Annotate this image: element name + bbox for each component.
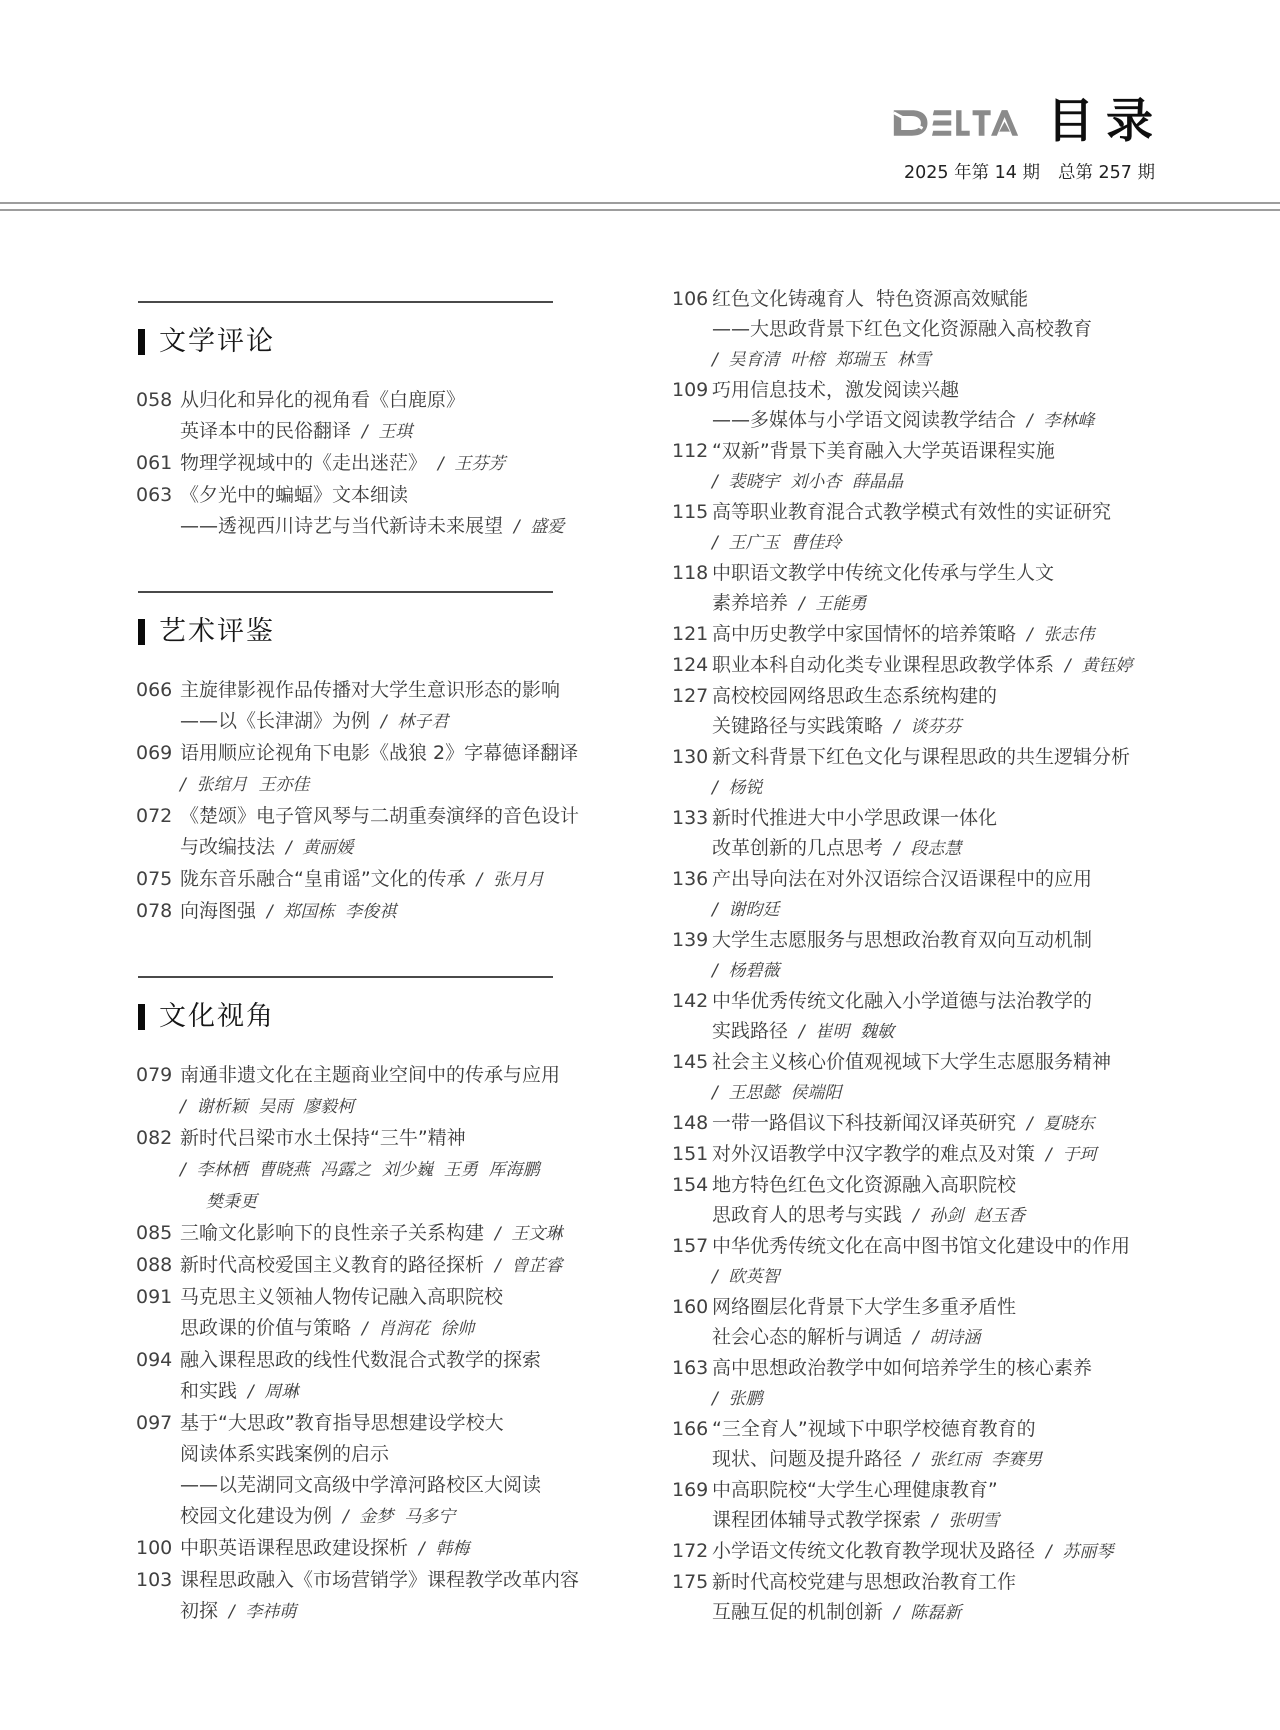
- entry-authors: / 曾芷睿: [484, 1256, 562, 1276]
- toc-entry: 169中高职院校“大学生心理健康教育”课程团体辅导式教学探索 / 张明雪: [672, 1475, 1212, 1536]
- entry-page-number: 127: [672, 681, 712, 711]
- toc-entry: 145社会主义核心价值观视域下大学生志愿服务精神/ 王思懿 侯端阳: [672, 1047, 1212, 1108]
- entry-page-number: 115: [672, 497, 712, 527]
- entry-line-first: 148一带一路倡议下科技新闻汉译英研究 / 夏晓东: [672, 1108, 1212, 1139]
- entry-line: ——以《长津湖》为例 / 林子君: [136, 706, 606, 738]
- entry-title-text: 产出导向法在对外汉语综合汉语课程中的应用: [712, 868, 1092, 890]
- entry-title-text: 高校校园网络思政生态系统构建的: [712, 685, 997, 707]
- entry-line: / 谢析颖 吴雨 廖毅柯: [136, 1091, 606, 1123]
- entry-page-number: 100: [136, 1533, 180, 1564]
- entry-authors: / 李祎萌: [218, 1602, 296, 1622]
- entry-title-text: 语用顺应论视角下电影《战狼 2》字幕德译翻译: [180, 742, 578, 764]
- entry-authors: / 周琳: [237, 1382, 298, 1402]
- right-column: 106红色文化铸魂育人 特色资源高效赋能——大思政背景下红色文化资源融入高校教育…: [672, 284, 1212, 1628]
- entry-title-text: 新文科背景下红色文化与课程思政的共生逻辑分析: [712, 746, 1130, 768]
- entry-page-number: 078: [136, 896, 180, 927]
- entry-page-number: 112: [672, 436, 712, 466]
- entry-line-first: 069语用顺应论视角下电影《战狼 2》字幕德译翻译: [136, 738, 606, 769]
- entry-authors: / 杨锐: [712, 778, 763, 798]
- entry-title-text: 新时代高校党建与思想政治教育工作: [712, 1571, 1016, 1593]
- entry-title-text: 社会心态的解析与调适: [712, 1326, 902, 1348]
- entry-line: 素养培养 / 王能勇: [672, 588, 1212, 619]
- entry-line: ——透视西川诗艺与当代新诗未来展望 / 盛爱: [136, 511, 606, 543]
- entry-authors: / 李林栖 曹晓燕 冯露之 刘少巍 王勇 厍海鹏: [180, 1160, 540, 1180]
- toc-section: 文学评论058从归化和异化的视角看《白鹿原》英译本中的民俗翻译 / 王琪061物…: [136, 301, 606, 543]
- toc-entry: 066主旋律影视作品传播对大学生意识形态的影响——以《长津湖》为例 / 林子君: [136, 675, 606, 738]
- entry-line: / 裴晓宇 刘小杏 薛晶晶: [672, 466, 1212, 497]
- entry-line: / 张绾月 王亦佳: [136, 769, 606, 801]
- entry-line-first: 072《楚颂》电子管风琴与二胡重奏演绎的音色设计: [136, 801, 606, 832]
- entry-title-text: 现状、问题及提升路径: [712, 1448, 902, 1470]
- entry-authors: 樊秉更: [206, 1192, 257, 1212]
- entry-line: 英译本中的民俗翻译 / 王琪: [136, 416, 606, 448]
- entry-line-first: 169中高职院校“大学生心理健康教育”: [672, 1475, 1212, 1505]
- entry-page-number: 124: [672, 650, 712, 680]
- entry-title-text: 关键路径与实践策略: [712, 715, 883, 737]
- entry-authors: / 欧英智: [712, 1267, 780, 1287]
- entry-authors: / 张鹏: [712, 1389, 763, 1409]
- toc-page: 目录 2025 年第 14 期总第 257 期 文学评论058从归化和异化的视角…: [0, 0, 1280, 1730]
- entry-title-text: 红色文化铸魂育人 特色资源高效赋能: [712, 288, 1028, 310]
- entry-title-text: ——大思政背景下红色文化资源融入高校教育: [712, 318, 1092, 340]
- toc-entry: 127高校校园网络思政生态系统构建的关键路径与实践策略 / 谈芬芬: [672, 681, 1212, 742]
- entry-page-number: 075: [136, 864, 180, 895]
- toc-entry: 160网络圈层化背景下大学生多重矛盾性社会心态的解析与调适 / 胡诗涵: [672, 1292, 1212, 1353]
- issue-number: 2025 年第 14 期: [904, 163, 1040, 183]
- entry-title-text: 小学语文传统文化教育教学现状及路径: [712, 1540, 1035, 1562]
- entry-line: / 张鹏: [672, 1383, 1212, 1414]
- entry-title-text: 网络圈层化背景下大学生多重矛盾性: [712, 1296, 1016, 1318]
- toc-entry: 063《夕光中的蝙蝠》文本细读——透视西川诗艺与当代新诗未来展望 / 盛爱: [136, 480, 606, 543]
- entry-title-text: 新时代吕梁市水土保持“三牛”精神: [180, 1127, 466, 1149]
- entry-page-number: 145: [672, 1047, 712, 1077]
- entry-title-text: 《楚颂》电子管风琴与二胡重奏演绎的音色设计: [180, 805, 579, 827]
- entry-line: ——多媒体与小学语文阅读教学结合 / 李林峰: [672, 405, 1212, 436]
- entry-title-text: 向海图强: [180, 900, 256, 922]
- section-marker-bar: [138, 619, 145, 645]
- entry-authors: / 张红雨 李赛男: [902, 1450, 1042, 1470]
- entry-line: 和实践 / 周琳: [136, 1376, 606, 1408]
- entry-title-text: 对外汉语教学中汉字教学的难点及对策: [712, 1143, 1035, 1165]
- entry-line: 实践路径 / 崔明 魏敏: [672, 1016, 1212, 1047]
- entry-line-first: 118中职语文教学中传统文化传承与学生人文: [672, 558, 1212, 588]
- entry-title-text: 大学生志愿服务与思想政治教育双向互动机制: [712, 929, 1092, 951]
- entry-line-first: 172小学语文传统文化教育教学现状及路径 / 苏丽琴: [672, 1536, 1212, 1567]
- entry-authors: / 张志伟: [1016, 625, 1094, 645]
- toc-entry: 058从归化和异化的视角看《白鹿原》英译本中的民俗翻译 / 王琪: [136, 385, 606, 448]
- entry-line: 改革创新的几点思考 / 段志慧: [672, 833, 1212, 864]
- entry-title-text: 职业本科自动化类专业课程思政教学体系: [712, 654, 1054, 676]
- entry-authors: / 金梦 马多宁: [332, 1507, 455, 1527]
- toc-entry: 100中职英语课程思政建设探析 / 韩梅: [136, 1533, 606, 1565]
- toc-entry: 085三喻文化影响下的良性亲子关系构建 / 王文琳: [136, 1218, 606, 1250]
- toc-entry: 166“三全育人”视域下中职学校德育教育的现状、问题及提升路径 / 张红雨 李赛…: [672, 1414, 1212, 1475]
- entry-title-text: 课程团体辅导式教学探索: [712, 1509, 921, 1531]
- entry-title-text: 《夕光中的蝙蝠》文本细读: [180, 484, 408, 506]
- entry-title-text: 陇东音乐融合“皇甫谣”文化的传承: [180, 868, 466, 890]
- entry-line-first: 078向海图强 / 郑国栋 李俊祺: [136, 896, 606, 928]
- entry-title-text: 初探: [180, 1600, 218, 1622]
- entry-line-first: 088新时代高校爱国主义教育的路径探析 / 曾芷睿: [136, 1250, 606, 1282]
- section-marker-bar: [138, 329, 145, 355]
- entry-line: 阅读体系实践案例的启示: [136, 1439, 606, 1470]
- entry-authors: / 谈芬芬: [883, 717, 961, 737]
- entry-authors: / 裴晓宇 刘小杏 薛晶晶: [712, 472, 903, 492]
- entry-authors: / 崔明 魏敏: [788, 1022, 894, 1042]
- entry-title-text: 南通非遗文化在主题商业空间中的传承与应用: [180, 1064, 560, 1086]
- entry-line-first: 160网络圈层化背景下大学生多重矛盾性: [672, 1292, 1212, 1322]
- section-marker-bar: [138, 1004, 145, 1030]
- entry-title-text: ——透视西川诗艺与当代新诗未来展望: [180, 515, 503, 537]
- entry-title-text: 和实践: [180, 1380, 237, 1402]
- entry-authors: / 郑国栋 李俊祺: [256, 902, 396, 922]
- entry-authors: / 王思懿 侯端阳: [712, 1083, 841, 1103]
- entry-authors: / 张月月: [466, 870, 544, 890]
- entry-line-first: 127高校校园网络思政生态系统构建的: [672, 681, 1212, 711]
- entry-authors: / 吴育清 叶榕 郑瑞玉 林雪: [712, 350, 931, 370]
- toc-entry: 118中职语文教学中传统文化传承与学生人文素养培养 / 王能勇: [672, 558, 1212, 619]
- entry-authors: / 陈磊新: [883, 1603, 961, 1623]
- entry-title-text: 地方特色红色文化资源融入高职院校: [712, 1174, 1016, 1196]
- entry-line: / 王思懿 侯端阳: [672, 1077, 1212, 1108]
- toc-entry: 121高中历史教学中家国情怀的培养策略 / 张志伟: [672, 619, 1212, 650]
- entry-line: / 欧英智: [672, 1261, 1212, 1292]
- section-title: 文化视角: [159, 1002, 275, 1032]
- entry-line-first: 109巧用信息技术，激发阅读兴趣: [672, 375, 1212, 405]
- entry-line-first: 112“双新”背景下美育融入大学英语课程实施: [672, 436, 1212, 466]
- toc-entry: 172小学语文传统文化教育教学现状及路径 / 苏丽琴: [672, 1536, 1212, 1567]
- brand-block: 目录: [893, 98, 1153, 145]
- entry-line: 课程团体辅导式教学探索 / 张明雪: [672, 1505, 1212, 1536]
- entry-line-first: 103课程思政融入《市场营销学》课程教学改革内容: [136, 1565, 606, 1596]
- entry-authors: / 林子君: [370, 712, 448, 732]
- entry-authors: / 王广玉 曹佳玲: [712, 533, 841, 553]
- entry-title-text: 实践路径: [712, 1020, 788, 1042]
- section-title: 文学评论: [159, 327, 275, 357]
- entry-page-number: 072: [136, 801, 180, 832]
- entry-page-number: 063: [136, 480, 180, 511]
- entry-page-number: 133: [672, 803, 712, 833]
- entry-title-text: “三全育人”视域下中职学校德育教育的: [712, 1418, 1036, 1440]
- entry-page-number: 139: [672, 925, 712, 955]
- entry-line: 初探 / 李祎萌: [136, 1596, 606, 1628]
- entry-page-number: 169: [672, 1475, 712, 1505]
- entry-line: / 杨锐: [672, 772, 1212, 803]
- entry-page-number: 082: [136, 1123, 180, 1154]
- entry-line-first: 106红色文化铸魂育人 特色资源高效赋能: [672, 284, 1212, 314]
- entry-title-text: 中高职院校“大学生心理健康教育”: [712, 1479, 998, 1501]
- entry-page-number: 094: [136, 1345, 180, 1376]
- entry-line: 樊秉更: [136, 1186, 606, 1218]
- entry-title-text: 互融互促的机制创新: [712, 1601, 883, 1623]
- entry-line: 思政课的价值与策略 / 肖润花 徐帅: [136, 1313, 606, 1345]
- entry-line-first: 175新时代高校党建与思想政治教育工作: [672, 1567, 1212, 1597]
- section-header: 艺术评鉴: [138, 617, 606, 647]
- entry-authors: / 王芬芳: [427, 454, 505, 474]
- entry-title-text: 中华优秀传统文化融入小学道德与法治教学的: [712, 990, 1092, 1012]
- entry-authors: / 肖润花 徐帅: [351, 1319, 474, 1339]
- entry-page-number: 091: [136, 1282, 180, 1313]
- entry-page-number: 160: [672, 1292, 712, 1322]
- entry-title-text: 改革创新的几点思考: [712, 837, 883, 859]
- toc-entry: 175新时代高校党建与思想政治教育工作互融互促的机制创新 / 陈磊新: [672, 1567, 1212, 1628]
- entry-authors: / 韩梅: [408, 1539, 469, 1559]
- entry-page-number: 157: [672, 1231, 712, 1261]
- entry-authors: / 苏丽琴: [1035, 1542, 1113, 1562]
- entry-title-text: 巧用信息技术，激发阅读兴趣: [712, 379, 959, 401]
- toc-entry: 072《楚颂》电子管风琴与二胡重奏演绎的音色设计与改编技法 / 黄丽媛: [136, 801, 606, 864]
- header-rule: [0, 202, 1280, 211]
- entry-title-text: ——以《长津湖》为例: [180, 710, 370, 732]
- entry-title-text: 高中历史教学中家国情怀的培养策略: [712, 623, 1016, 645]
- toc-entry: 142中华优秀传统文化融入小学道德与法治教学的实践路径 / 崔明 魏敏: [672, 986, 1212, 1047]
- entry-line-first: 145社会主义核心价值观视域下大学生志愿服务精神: [672, 1047, 1212, 1077]
- entry-page-number: 066: [136, 675, 180, 706]
- entry-authors: / 孙剑 赵玉香: [902, 1206, 1025, 1226]
- toc-entry: 112“双新”背景下美育融入大学英语课程实施/ 裴晓宇 刘小杏 薛晶晶: [672, 436, 1212, 497]
- toc-section: 文化视角079南通非遗文化在主题商业空间中的传承与应用/ 谢析颖 吴雨 廖毅柯0…: [136, 976, 606, 1628]
- entry-line: / 李林栖 曹晓燕 冯露之 刘少巍 王勇 厍海鹏: [136, 1154, 606, 1186]
- entry-line: / 谢昀廷: [672, 894, 1212, 925]
- entry-page-number: 166: [672, 1414, 712, 1444]
- entry-line-first: 079南通非遗文化在主题商业空间中的传承与应用: [136, 1060, 606, 1091]
- entry-page-number: 103: [136, 1565, 180, 1596]
- entry-title-text: 中职语文教学中传统文化传承与学生人文: [712, 562, 1054, 584]
- toc-entry: 069语用顺应论视角下电影《战狼 2》字幕德译翻译/ 张绾月 王亦佳: [136, 738, 606, 801]
- entry-line-first: 094融入课程思政的线性代数混合式教学的探索: [136, 1345, 606, 1376]
- entry-line-first: 142中华优秀传统文化融入小学道德与法治教学的: [672, 986, 1212, 1016]
- entry-authors: / 于珂: [1035, 1145, 1096, 1165]
- entry-line: ——大思政背景下红色文化资源融入高校教育: [672, 314, 1212, 344]
- entry-page-number: 106: [672, 284, 712, 314]
- toc-entry: 130新文科背景下红色文化与课程思政的共生逻辑分析/ 杨锐: [672, 742, 1212, 803]
- entry-line-first: 139大学生志愿服务与思想政治教育双向互动机制: [672, 925, 1212, 955]
- entry-title-text: 思政育人的思考与实践: [712, 1204, 902, 1226]
- toc-entry: 163高中思想政治教学中如何培养学生的核心素养/ 张鹏: [672, 1353, 1212, 1414]
- toc-entry: 136产出导向法在对外汉语综合汉语课程中的应用/ 谢昀廷: [672, 864, 1212, 925]
- entry-authors: / 段志慧: [883, 839, 961, 859]
- entry-authors: / 谢昀廷: [712, 900, 780, 920]
- entry-line: ——以芜湖同文高级中学漳河路校区大阅读: [136, 1470, 606, 1501]
- entry-page-number: 088: [136, 1250, 180, 1281]
- entry-title-text: 与改编技法: [180, 836, 275, 858]
- entry-title-text: 中职英语课程思政建设探析: [180, 1537, 408, 1559]
- toc-entry: 109巧用信息技术，激发阅读兴趣——多媒体与小学语文阅读教学结合 / 李林峰: [672, 375, 1212, 436]
- entry-page-number: 058: [136, 385, 180, 416]
- entry-line-first: 151对外汉语教学中汉字教学的难点及对策 / 于珂: [672, 1139, 1212, 1170]
- toc-entry: 115高等职业教育混合式教学模式有效性的实证研究/ 王广玉 曹佳玲: [672, 497, 1212, 558]
- toc-entry: 148一带一路倡议下科技新闻汉译英研究 / 夏晓东: [672, 1108, 1212, 1139]
- entry-title-text: 中华优秀传统文化在高中图书馆文化建设中的作用: [712, 1235, 1130, 1257]
- page-title: 目录: [1047, 98, 1165, 145]
- entry-line-first: 124职业本科自动化类专业课程思政教学体系 / 黄钰婷: [672, 650, 1212, 681]
- entry-authors: / 盛爱: [503, 517, 564, 537]
- entry-title-text: 新时代推进大中小学思政课一体化: [712, 807, 997, 829]
- entry-title-text: 三喻文化影响下的良性亲子关系构建: [180, 1222, 484, 1244]
- entry-title-text: 高等职业教育混合式教学模式有效性的实证研究: [712, 501, 1111, 523]
- toc-entry: 088新时代高校爱国主义教育的路径探析 / 曾芷睿: [136, 1250, 606, 1282]
- entry-title-text: 物理学视域中的《走出迷茫》: [180, 452, 427, 474]
- section-title: 艺术评鉴: [159, 617, 275, 647]
- entry-line-first: 061物理学视域中的《走出迷茫》 / 王芬芳: [136, 448, 606, 480]
- entry-line-first: 166“三全育人”视域下中职学校德育教育的: [672, 1414, 1212, 1444]
- entry-page-number: 079: [136, 1060, 180, 1091]
- toc-entry: 097基于“大思政”教育指导思想建设学校大阅读体系实践案例的启示——以芜湖同文高…: [136, 1408, 606, 1533]
- entry-authors: / 黄钰婷: [1054, 656, 1132, 676]
- entry-page-number: 061: [136, 448, 180, 479]
- entry-page-number: 069: [136, 738, 180, 769]
- entry-line-first: 157中华优秀传统文化在高中图书馆文化建设中的作用: [672, 1231, 1212, 1261]
- entry-page-number: 151: [672, 1139, 712, 1169]
- entry-page-number: 130: [672, 742, 712, 772]
- entry-line-first: 058从归化和异化的视角看《白鹿原》: [136, 385, 606, 416]
- entry-authors: / 张明雪: [921, 1511, 999, 1531]
- entry-title-text: 基于“大思政”教育指导思想建设学校大: [180, 1412, 504, 1434]
- toc-entry: 124职业本科自动化类专业课程思政教学体系 / 黄钰婷: [672, 650, 1212, 681]
- toc-entry: 075陇东音乐融合“皇甫谣”文化的传承 / 张月月: [136, 864, 606, 896]
- entry-line-first: 154地方特色红色文化资源融入高职院校: [672, 1170, 1212, 1200]
- toc-entry: 094融入课程思政的线性代数混合式教学的探索和实践 / 周琳: [136, 1345, 606, 1408]
- toc-entry: 078向海图强 / 郑国栋 李俊祺: [136, 896, 606, 928]
- entry-line-first: 100中职英语课程思政建设探析 / 韩梅: [136, 1533, 606, 1565]
- section-header: 文学评论: [138, 327, 606, 357]
- toc-entry: 079南通非遗文化在主题商业空间中的传承与应用/ 谢析颖 吴雨 廖毅柯: [136, 1060, 606, 1123]
- entry-authors: / 王琪: [351, 422, 412, 442]
- entry-authors: / 王文琳: [484, 1224, 562, 1244]
- entry-authors: / 李林峰: [1016, 411, 1094, 431]
- entry-page-number: 172: [672, 1536, 712, 1566]
- entry-line: / 杨碧薇: [672, 955, 1212, 986]
- entry-title-text: 马克思主义领袖人物传记融入高职院校: [180, 1286, 503, 1308]
- toc-entry: 061物理学视域中的《走出迷茫》 / 王芬芳: [136, 448, 606, 480]
- section-divider: [138, 976, 553, 978]
- entry-line-first: 085三喻文化影响下的良性亲子关系构建 / 王文琳: [136, 1218, 606, 1250]
- entry-line: 互融互促的机制创新 / 陈磊新: [672, 1597, 1212, 1628]
- entry-line-first: 082新时代吕梁市水土保持“三牛”精神: [136, 1123, 606, 1154]
- entry-authors: / 黄丽媛: [275, 838, 353, 858]
- entry-authors: / 夏晓东: [1016, 1114, 1094, 1134]
- entry-line: 社会心态的解析与调适 / 胡诗涵: [672, 1322, 1212, 1353]
- entry-title-text: 一带一路倡议下科技新闻汉译英研究: [712, 1112, 1016, 1134]
- entry-title-text: ——以芜湖同文高级中学漳河路校区大阅读: [180, 1474, 541, 1496]
- entry-line: 与改编技法 / 黄丽媛: [136, 832, 606, 864]
- entry-page-number: 097: [136, 1408, 180, 1439]
- section-divider: [138, 301, 553, 303]
- entry-page-number: 148: [672, 1108, 712, 1138]
- toc-entry: 133新时代推进大中小学思政课一体化改革创新的几点思考 / 段志慧: [672, 803, 1212, 864]
- entry-line-first: 063《夕光中的蝙蝠》文本细读: [136, 480, 606, 511]
- delta-logo: [893, 104, 1021, 142]
- left-column: 文学评论058从归化和异化的视角看《白鹿原》英译本中的民俗翻译 / 王琪061物…: [136, 301, 606, 1676]
- toc-entry: 091马克思主义领袖人物传记融入高职院校思政课的价值与策略 / 肖润花 徐帅: [136, 1282, 606, 1345]
- entry-title-text: 融入课程思政的线性代数混合式教学的探索: [180, 1349, 541, 1371]
- entry-line-first: 115高等职业教育混合式教学模式有效性的实证研究: [672, 497, 1212, 527]
- entry-title-text: 主旋律影视作品传播对大学生意识形态的影响: [180, 679, 560, 701]
- entry-title-text: 社会主义核心价值观视域下大学生志愿服务精神: [712, 1051, 1111, 1073]
- entry-title-text: ——多媒体与小学语文阅读教学结合: [712, 409, 1016, 431]
- entry-page-number: 136: [672, 864, 712, 894]
- entry-line: 现状、问题及提升路径 / 张红雨 李赛男: [672, 1444, 1212, 1475]
- entry-authors: / 谢析颖 吴雨 廖毅柯: [180, 1097, 354, 1117]
- entry-page-number: 154: [672, 1170, 712, 1200]
- entry-page-number: 109: [672, 375, 712, 405]
- entry-authors: / 张绾月 王亦佳: [180, 775, 309, 795]
- toc-entry: 154地方特色红色文化资源融入高职院校思政育人的思考与实践 / 孙剑 赵玉香: [672, 1170, 1212, 1231]
- entry-title-text: 高中思想政治教学中如何培养学生的核心素养: [712, 1357, 1092, 1379]
- entry-title-text: 英译本中的民俗翻译: [180, 420, 351, 442]
- entry-line: 思政育人的思考与实践 / 孙剑 赵玉香: [672, 1200, 1212, 1231]
- entry-page-number: 118: [672, 558, 712, 588]
- entry-line-first: 091马克思主义领袖人物传记融入高职院校: [136, 1282, 606, 1313]
- entry-line-first: 097基于“大思政”教育指导思想建设学校大: [136, 1408, 606, 1439]
- entry-title-text: “双新”背景下美育融入大学英语课程实施: [712, 440, 1055, 462]
- entry-title-text: 素养培养: [712, 592, 788, 614]
- entry-line-first: 121高中历史教学中家国情怀的培养策略 / 张志伟: [672, 619, 1212, 650]
- entry-page-number: 085: [136, 1218, 180, 1249]
- section-divider: [138, 591, 553, 593]
- entry-line-first: 133新时代推进大中小学思政课一体化: [672, 803, 1212, 833]
- entry-line: 关键路径与实践策略 / 谈芬芬: [672, 711, 1212, 742]
- entry-title-text: 校园文化建设为例: [180, 1505, 332, 1527]
- entry-authors: / 王能勇: [788, 594, 866, 614]
- entry-title-text: 新时代高校爱国主义教育的路径探析: [180, 1254, 484, 1276]
- toc-entry: 103课程思政融入《市场营销学》课程教学改革内容初探 / 李祎萌: [136, 1565, 606, 1628]
- entry-page-number: 163: [672, 1353, 712, 1383]
- entry-title-text: 课程思政融入《市场营销学》课程教学改革内容: [180, 1569, 579, 1591]
- entry-authors: / 胡诗涵: [902, 1328, 980, 1348]
- toc-entry: 082新时代吕梁市水土保持“三牛”精神/ 李林栖 曹晓燕 冯露之 刘少巍 王勇 …: [136, 1123, 606, 1218]
- entry-page-number: 121: [672, 619, 712, 649]
- entry-title-text: 思政课的价值与策略: [180, 1317, 351, 1339]
- entry-line: 校园文化建设为例 / 金梦 马多宁: [136, 1501, 606, 1533]
- entry-line: / 吴育清 叶榕 郑瑞玉 林雪: [672, 344, 1212, 375]
- entry-line-first: 136产出导向法在对外汉语综合汉语课程中的应用: [672, 864, 1212, 894]
- entry-authors: / 杨碧薇: [712, 961, 780, 981]
- toc-entry: 139大学生志愿服务与思想政治教育双向互动机制/ 杨碧薇: [672, 925, 1212, 986]
- entry-line-first: 163高中思想政治教学中如何培养学生的核心素养: [672, 1353, 1212, 1383]
- entry-title-text: 从归化和异化的视角看《白鹿原》: [180, 389, 465, 411]
- entry-title-text: 阅读体系实践案例的启示: [180, 1443, 389, 1465]
- entry-line-first: 075陇东音乐融合“皇甫谣”文化的传承 / 张月月: [136, 864, 606, 896]
- toc-entry: 157中华优秀传统文化在高中图书馆文化建设中的作用/ 欧英智: [672, 1231, 1212, 1292]
- volume-number: 总第 257 期: [1058, 163, 1155, 183]
- toc-entry: 151对外汉语教学中汉字教学的难点及对策 / 于珂: [672, 1139, 1212, 1170]
- issue-info: 2025 年第 14 期总第 257 期: [904, 159, 1155, 184]
- entry-line-first: 130新文科背景下红色文化与课程思政的共生逻辑分析: [672, 742, 1212, 772]
- entry-page-number: 175: [672, 1567, 712, 1597]
- entry-line: / 王广玉 曹佳玲: [672, 527, 1212, 558]
- entry-page-number: 142: [672, 986, 712, 1016]
- toc-entry: 106红色文化铸魂育人 特色资源高效赋能——大思政背景下红色文化资源融入高校教育…: [672, 284, 1212, 375]
- section-header: 文化视角: [138, 1002, 606, 1032]
- entry-line-first: 066主旋律影视作品传播对大学生意识形态的影响: [136, 675, 606, 706]
- toc-section: 艺术评鉴066主旋律影视作品传播对大学生意识形态的影响——以《长津湖》为例 / …: [136, 591, 606, 928]
